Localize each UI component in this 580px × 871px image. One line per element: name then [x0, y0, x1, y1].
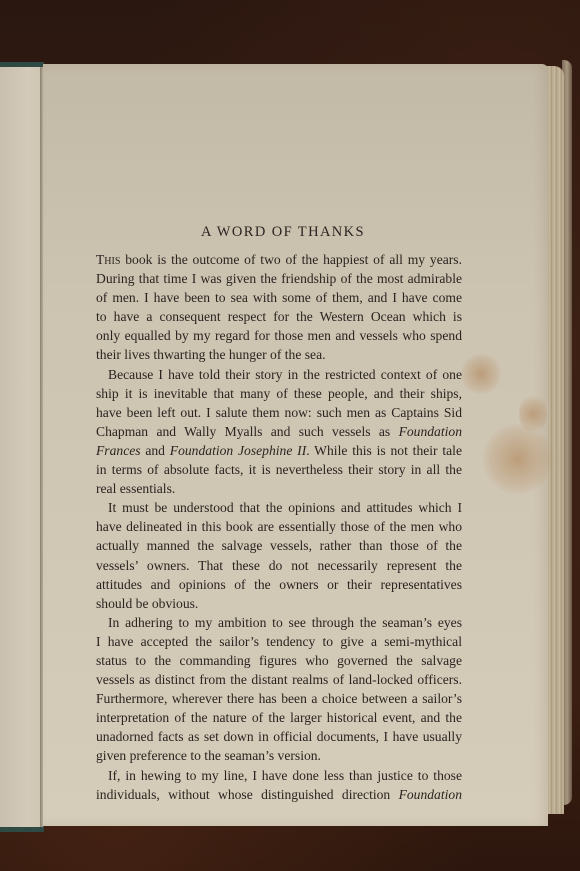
italic-text: Foundation Josephine II	[170, 443, 306, 458]
text-line: Because I have told their story in the r…	[96, 365, 462, 384]
text-line: to have a consequent respect for the Wes…	[96, 307, 462, 326]
smallcaps-text: This	[96, 252, 120, 267]
text-run: It must be understood that the opinions …	[108, 500, 462, 515]
paragraph: It must be understood that the opinions …	[96, 498, 462, 613]
text-run: Chapman and Wally Myalls and such vessel…	[96, 424, 399, 439]
text-run: only equalled by my regard for those men…	[96, 328, 462, 343]
text-run: vessels’ owners. That these do not neces…	[96, 558, 462, 573]
left-page-sliver	[0, 67, 40, 827]
text-run: to have a consequent respect for the Wes…	[96, 309, 462, 324]
foxing-stain	[483, 424, 553, 494]
text-run: vessels as distinct from the distant rea…	[96, 672, 462, 687]
text-run: real essentials.	[96, 481, 175, 496]
text-line: In adhering to my ambition to see throug…	[96, 613, 462, 632]
page-title: A WORD OF THANKS	[104, 222, 462, 242]
text-run: If, in hewing to my line, I have done le…	[108, 768, 462, 783]
text-run: book is the outcome of two of the happie…	[120, 252, 462, 267]
text-run: status to the commanding figures who gov…	[96, 653, 462, 668]
text-line: status to the commanding figures who gov…	[96, 651, 462, 670]
text-run: During that time I was given the friends…	[96, 271, 462, 286]
text-run: their lives thwarting the hunger of the …	[96, 347, 326, 362]
text-line: During that time I was given the friends…	[96, 269, 462, 288]
text-line: Frances and Foundation Josephine II. Whi…	[96, 441, 462, 460]
text-run: have been left out. I salute them now: s…	[96, 405, 462, 420]
text-line: I have accepted the sailor’s tendency to…	[96, 632, 462, 651]
text-line: given preference to the seaman’s version…	[96, 746, 462, 765]
text-run: in terms of absolute facts, it is nevert…	[96, 462, 462, 477]
text-line: individuals, without whose distinguished…	[96, 785, 462, 804]
text-run: ship it is inevitable that many of these…	[96, 386, 462, 401]
text-line: their lives thwarting the hunger of the …	[96, 345, 462, 364]
text-run: and	[141, 443, 170, 458]
text-line: It must be understood that the opinions …	[96, 498, 462, 517]
text-run: unadorned facts as set down in official …	[96, 729, 462, 744]
text-run: given preference to the seaman’s version…	[96, 748, 321, 763]
text-line: only equalled by my regard for those men…	[96, 326, 462, 345]
text-line: vessels’ owners. That these do not neces…	[96, 556, 462, 575]
text-line: interpretation of the nature of the larg…	[96, 708, 462, 727]
text-line: This book is the outcome of two of the h…	[96, 250, 462, 269]
text-run: . While this is not their tale	[306, 443, 462, 458]
foxing-stain	[461, 354, 501, 394]
text-run: In adhering to my ambition to see throug…	[108, 615, 462, 630]
paragraph: If, in hewing to my line, I have done le…	[96, 766, 462, 804]
text-line: real essentials.	[96, 479, 462, 498]
text-run: Furthermore, wherever there has been a c…	[96, 691, 462, 706]
paragraph: Because I have told their story in the r…	[96, 365, 462, 499]
text-line: attitudes and opinions of the owners or …	[96, 575, 462, 594]
text-run: Because I have told their story in the r…	[108, 367, 462, 382]
text-line: Furthermore, wherever there has been a c…	[96, 689, 462, 708]
text-line: Chapman and Wally Myalls and such vessel…	[96, 422, 462, 441]
text-run: of men. I have been to sea with some of …	[96, 290, 462, 305]
text-line: should be obvious.	[96, 594, 462, 613]
text-run: individuals, without whose distinguished…	[96, 787, 399, 802]
text-line: ship it is inevitable that many of these…	[96, 384, 462, 403]
paragraph: In adhering to my ambition to see throug…	[96, 613, 462, 766]
text-run: actually manned the salvage vessels, rat…	[96, 538, 462, 553]
page-text: A WORD OF THANKS This book is the outcom…	[96, 222, 462, 804]
text-run: attitudes and opinions of the owners or …	[96, 577, 462, 592]
paragraph: This book is the outcome of two of the h…	[96, 250, 462, 365]
italic-text: Frances	[96, 443, 141, 458]
text-line: in terms of absolute facts, it is nevert…	[96, 460, 462, 479]
foxing-stain	[519, 394, 547, 434]
italic-text: Foundation	[399, 787, 462, 802]
text-run: should be obvious.	[96, 596, 198, 611]
text-line: have delineated in this book are essenti…	[96, 517, 462, 536]
body-text: This book is the outcome of two of the h…	[96, 250, 462, 804]
text-run: have delineated in this book are essenti…	[96, 519, 462, 534]
text-line: vessels as distinct from the distant rea…	[96, 670, 462, 689]
text-run: I have accepted the sailor’s tendency to…	[96, 634, 462, 649]
italic-text: Foundation	[399, 424, 462, 439]
text-line: have been left out. I salute them now: s…	[96, 403, 462, 422]
text-line: unadorned facts as set down in official …	[96, 727, 462, 746]
text-line: actually manned the salvage vessels, rat…	[96, 536, 462, 555]
text-line: of men. I have been to sea with some of …	[96, 288, 462, 307]
text-line: If, in hewing to my line, I have done le…	[96, 766, 462, 785]
text-run: interpretation of the nature of the larg…	[96, 710, 462, 725]
